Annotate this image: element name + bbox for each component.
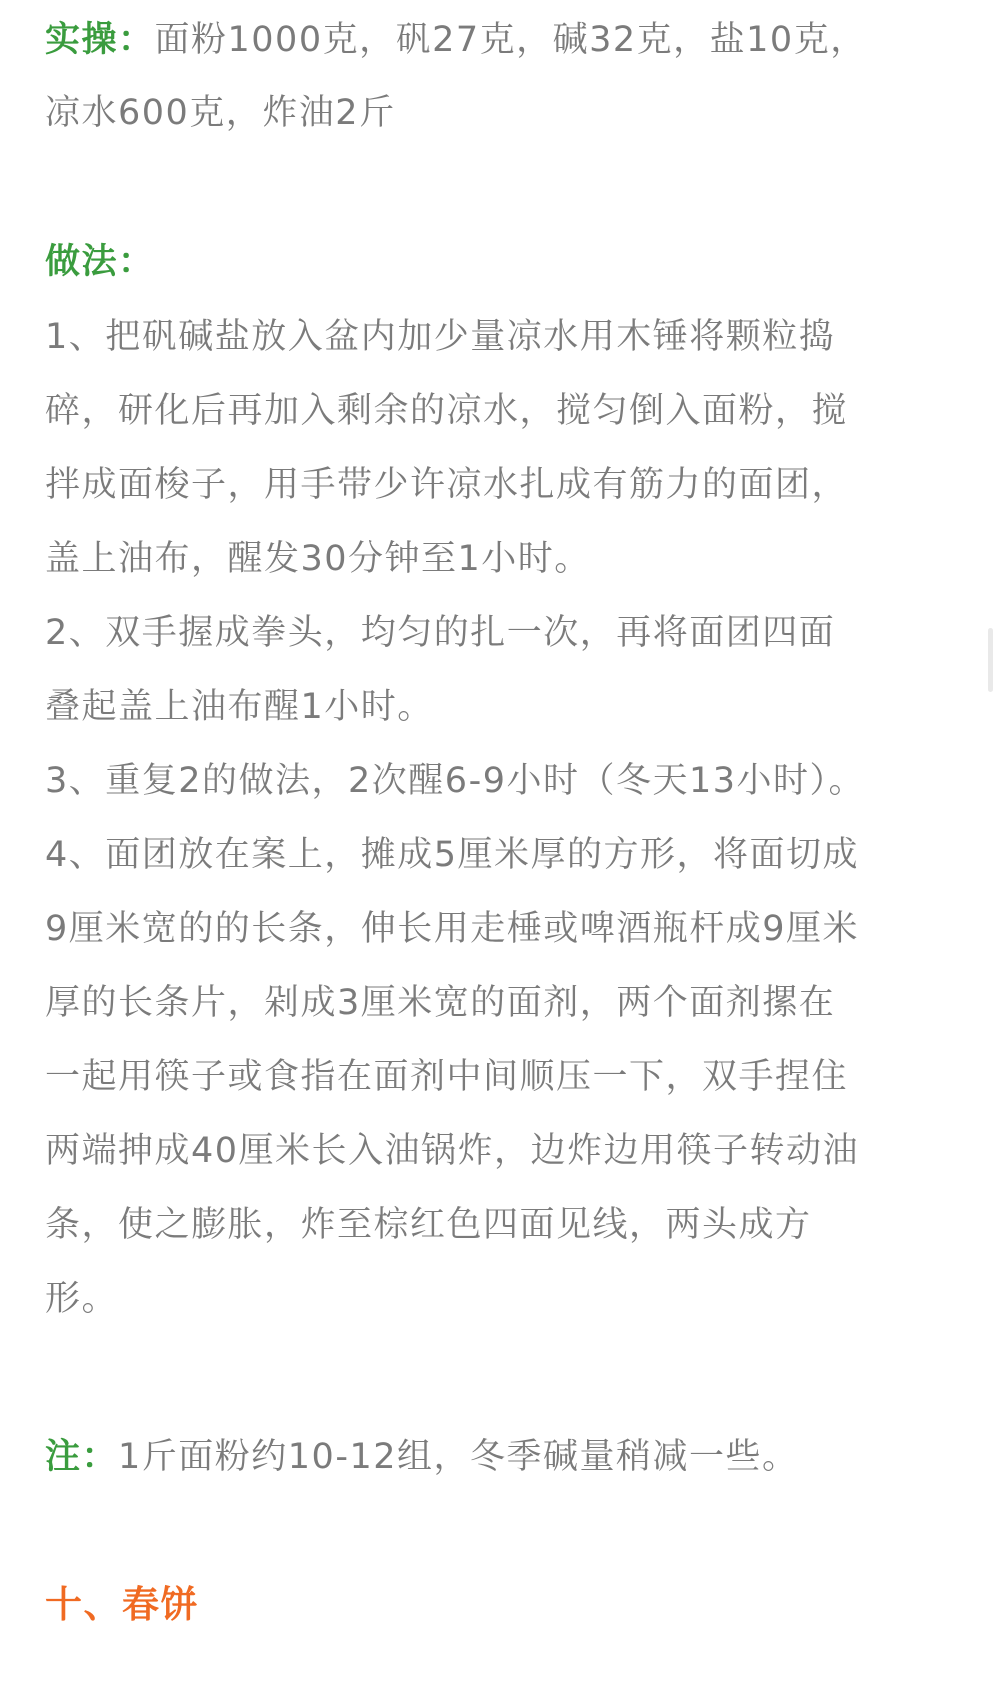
ingredients-text-1: 面粉1000克，矾27克，碱32克，盐10克，: [155, 20, 867, 60]
scrollbar[interactable]: [988, 628, 993, 692]
method-line: 9厘米宽的的长条，伸长用走棰或啤酒瓶杆成9厘米: [45, 892, 955, 966]
method-line: 一起用筷子或食指在面剂中间顺压一下，双手捏住: [45, 1040, 955, 1114]
method-line: 拌成面梭子，用手带少许凉水扎成有筋力的面团，: [45, 448, 955, 522]
method-line: 叠起盖上油布醒1小时。: [45, 670, 955, 744]
method-line: 4、面团放在案上，摊成5厘米厚的方形，将面切成: [45, 818, 955, 892]
note-text: 1斤面粉约10-12组，冬季碱量稍减一些。: [118, 1437, 798, 1477]
method-line: 厚的长条片，剁成3厘米宽的面剂，两个面剂摞在: [45, 966, 955, 1040]
method-line: 1、把矾碱盐放入盆内加少量凉水用木锤将颗粒捣: [45, 300, 955, 374]
ingredients-line-1: 实操：面粉1000克，矾27克，碱32克，盐10克，: [45, 3, 955, 77]
method-line: 两端抻成40厘米长入油锅炸，边炸边用筷子转动油: [45, 1114, 955, 1188]
method-line: 条，使之膨胀，炸至棕红色四面见线，两头成方: [45, 1188, 955, 1262]
ingredients-line-2: 凉水600克，炸油2斤: [45, 76, 955, 150]
ingredients-label: 实操：: [45, 20, 155, 60]
method-line: 2、双手握成拳头，均匀的扎一次，再将面团四面: [45, 596, 955, 670]
method-line: 盖上油布，醒发30分钟至1小时。: [45, 522, 955, 596]
note-line: 注：1斤面粉约10-12组，冬季碱量稍减一些。: [45, 1420, 955, 1494]
method-line: 3、重复2的做法，2次醒6-9小时（冬天13小时）。: [45, 744, 955, 818]
method-line: 形。: [45, 1262, 955, 1336]
note-label: 注：: [45, 1437, 118, 1477]
method-label: 做法：: [45, 225, 955, 299]
section-heading: 十、春饼: [45, 1568, 955, 1642]
method-line: 碎，研化后再加入剩余的凉水，搅匀倒入面粉，搅: [45, 374, 955, 448]
